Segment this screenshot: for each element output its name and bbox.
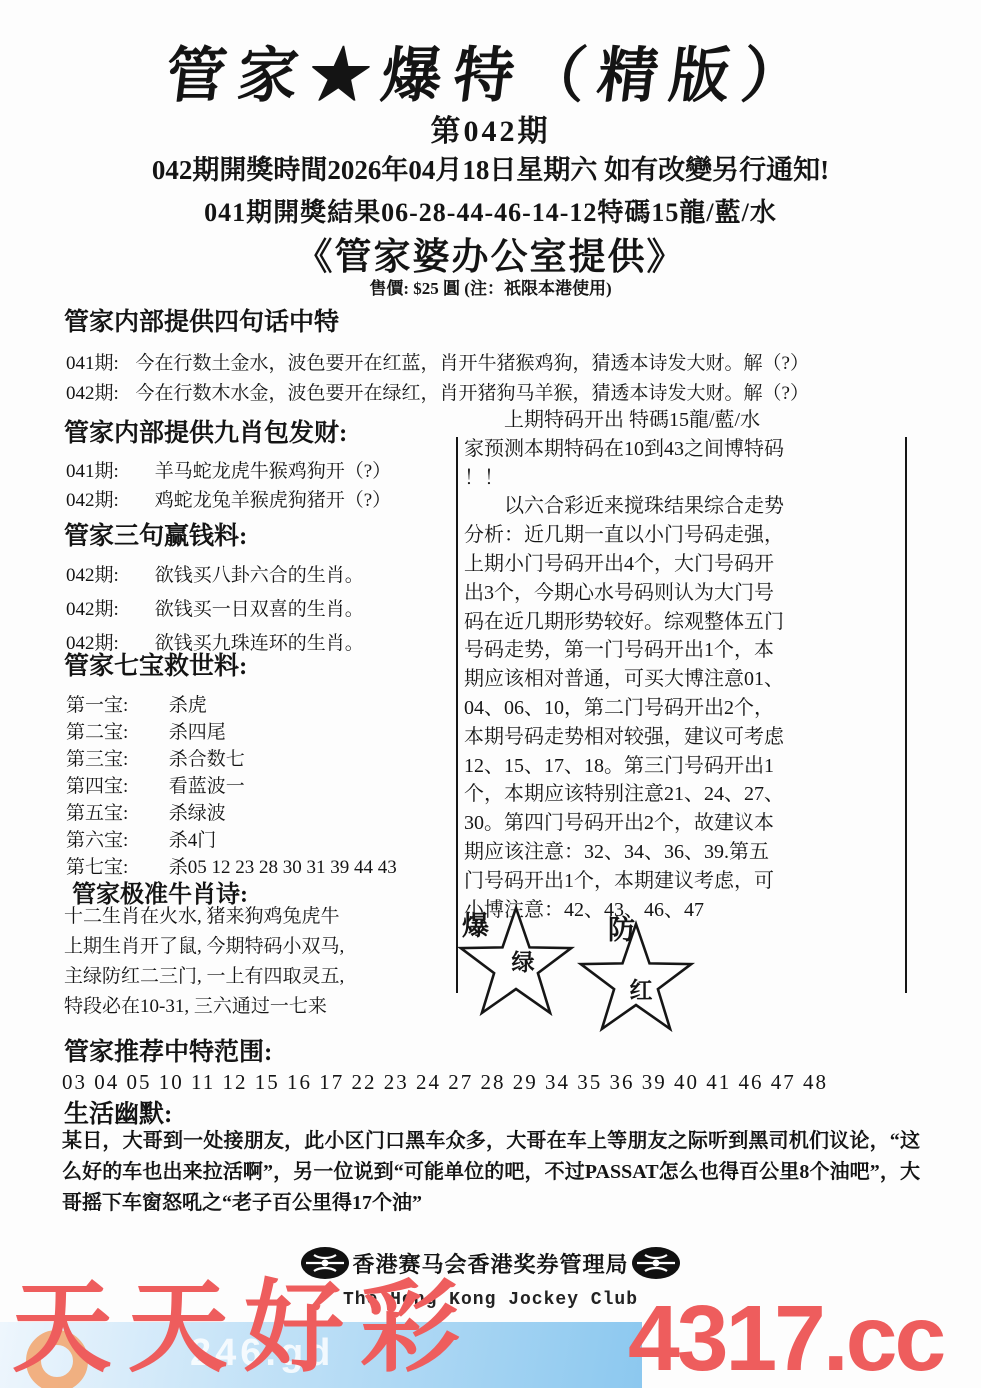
- guard-label: 防: [608, 908, 635, 947]
- row-text: 今在行数土金水，波色要开在红蓝，肖开牛猪猴鸡狗，猜透本诗发大财。解（?）: [136, 353, 809, 374]
- row-label: 042期:: [66, 594, 138, 621]
- treasure-row: 第二宝: 杀四尾: [66, 717, 226, 744]
- row-label: 第六宝:: [66, 825, 152, 852]
- section-title-four-lines: 管家内部提供四句话中特: [64, 302, 339, 338]
- guard-red-star-group: 防 红: [566, 910, 716, 1042]
- treasure-row: 第三宝: 杀合数七: [66, 744, 245, 771]
- row-text: 杀合数七: [169, 749, 245, 770]
- red-ball-char: 红: [630, 972, 653, 1005]
- tip-sheet-page: 管家★爆特（精版） 第042期 042期開獎時間2026年04月18日星期六 如…: [0, 0, 981, 1388]
- burst-label: 爆: [462, 904, 489, 943]
- treasure-row: 第六宝: 杀4门: [66, 825, 216, 852]
- watermark-site: 4317.cc: [628, 1292, 943, 1385]
- price-note: 售價: $25 圓 (注：祇限本港使用): [0, 274, 981, 299]
- row-text: 看蓝波一: [169, 776, 245, 797]
- draw-time-notice: 042期開獎時間2026年04月18日星期六 如有改變另行通知!: [0, 148, 981, 187]
- row-text: 欲钱买八卦六合的生肖。: [155, 565, 364, 586]
- row-label: 第三宝:: [66, 744, 152, 771]
- row-label: 第一宝:: [66, 690, 152, 717]
- row-label: 042期:: [66, 560, 138, 587]
- four-lines-row: 042期: 今在行数木水金，波色要开在绿红，肖开猪狗马羊猴，猜透本诗发大财。解（…: [66, 378, 809, 405]
- section-title-three-win: 管家三句赢钱料:: [64, 516, 247, 552]
- green-ball-char: 绿: [512, 944, 535, 977]
- row-label: 第四宝:: [66, 771, 152, 798]
- row-text: 羊马蛇龙虎牛猴鸡狗开（?）: [155, 461, 391, 482]
- three-win-row: 042期: 欲钱买一日双喜的生肖。: [66, 594, 364, 621]
- row-text: 杀虎: [169, 695, 207, 716]
- row-text: 杀4门: [169, 830, 217, 851]
- row-label: 042期:: [66, 485, 138, 512]
- analysis-box-right-border: [905, 437, 907, 993]
- sheet-title: 管家★爆特（精版）: [0, 28, 981, 114]
- four-lines-row: 041期: 今在行数土金水，波色要开在红蓝，肖开牛猪猴鸡狗，猜透本诗发大财。解（…: [66, 348, 809, 375]
- row-label: 041期:: [66, 348, 119, 375]
- row-text: 杀四尾: [169, 722, 226, 743]
- nine-zodiac-row: 042期: 鸡蛇龙兔羊猴虎狗猪开（?）: [66, 485, 391, 512]
- ox-poem-text: 十二生肖在火水, 猪来狗鸡兔虎牛 上期生肖开了鼠, 今期特码小双马, 主绿防红二…: [64, 902, 344, 1022]
- row-label: 第二宝:: [66, 717, 152, 744]
- row-text: 鸡蛇龙兔羊猴虎狗猪开（?）: [155, 490, 391, 511]
- section-title-humor: 生活幽默:: [64, 1094, 172, 1130]
- section-title-nine-zodiac: 管家内部提供九肖包发财:: [64, 413, 347, 449]
- treasure-row: 第一宝: 杀虎: [66, 690, 207, 717]
- row-label: 042期:: [66, 378, 119, 405]
- treasure-row: 第四宝: 看蓝波一: [66, 771, 245, 798]
- nine-zodiac-row: 041期: 羊马蛇龙虎牛猴鸡狗开（?）: [66, 456, 391, 483]
- hkjc-emblem-icon: [631, 1246, 681, 1280]
- recommended-numbers: 03 04 05 10 11 12 15 16 17 22 23 24 27 2…: [62, 1070, 932, 1095]
- section-title-seven-treasures: 管家七宝救世料:: [64, 646, 247, 682]
- treasure-row: 第五宝: 杀绿波: [66, 798, 226, 825]
- humor-text: 某日，大哥到一处接朋友，此小区门口黑车众多，大哥在车上等朋友之际听到黑司机们议论…: [62, 1126, 920, 1219]
- watermark-brand: 天天好彩: [12, 1278, 476, 1378]
- row-label: 041期:: [66, 456, 138, 483]
- section-title-range: 管家推荐中特范围:: [64, 1032, 272, 1068]
- provider-line: 《管家婆办公室提供》: [0, 226, 981, 280]
- three-win-row: 042期: 欲钱买八卦六合的生肖。: [66, 560, 364, 587]
- last-draw-result: 041期開獎結果06-28-44-46-14-12特碼15龍/藍/水: [0, 192, 981, 229]
- row-text: 欲钱买一日双喜的生肖。: [155, 599, 364, 620]
- row-text: 杀绿波: [169, 803, 226, 824]
- issue-number: 第042期: [0, 106, 981, 150]
- analysis-text: 上期特码开出 特碼15龍/藍/水 家预测本期特码在10到43之间博特码 ！！ 以…: [464, 406, 904, 924]
- row-label: 第五宝:: [66, 798, 152, 825]
- row-text: 今在行数木水金，波色要开在绿红，肖开猪狗马羊猴，猜透本诗发大财。解（?）: [136, 383, 809, 404]
